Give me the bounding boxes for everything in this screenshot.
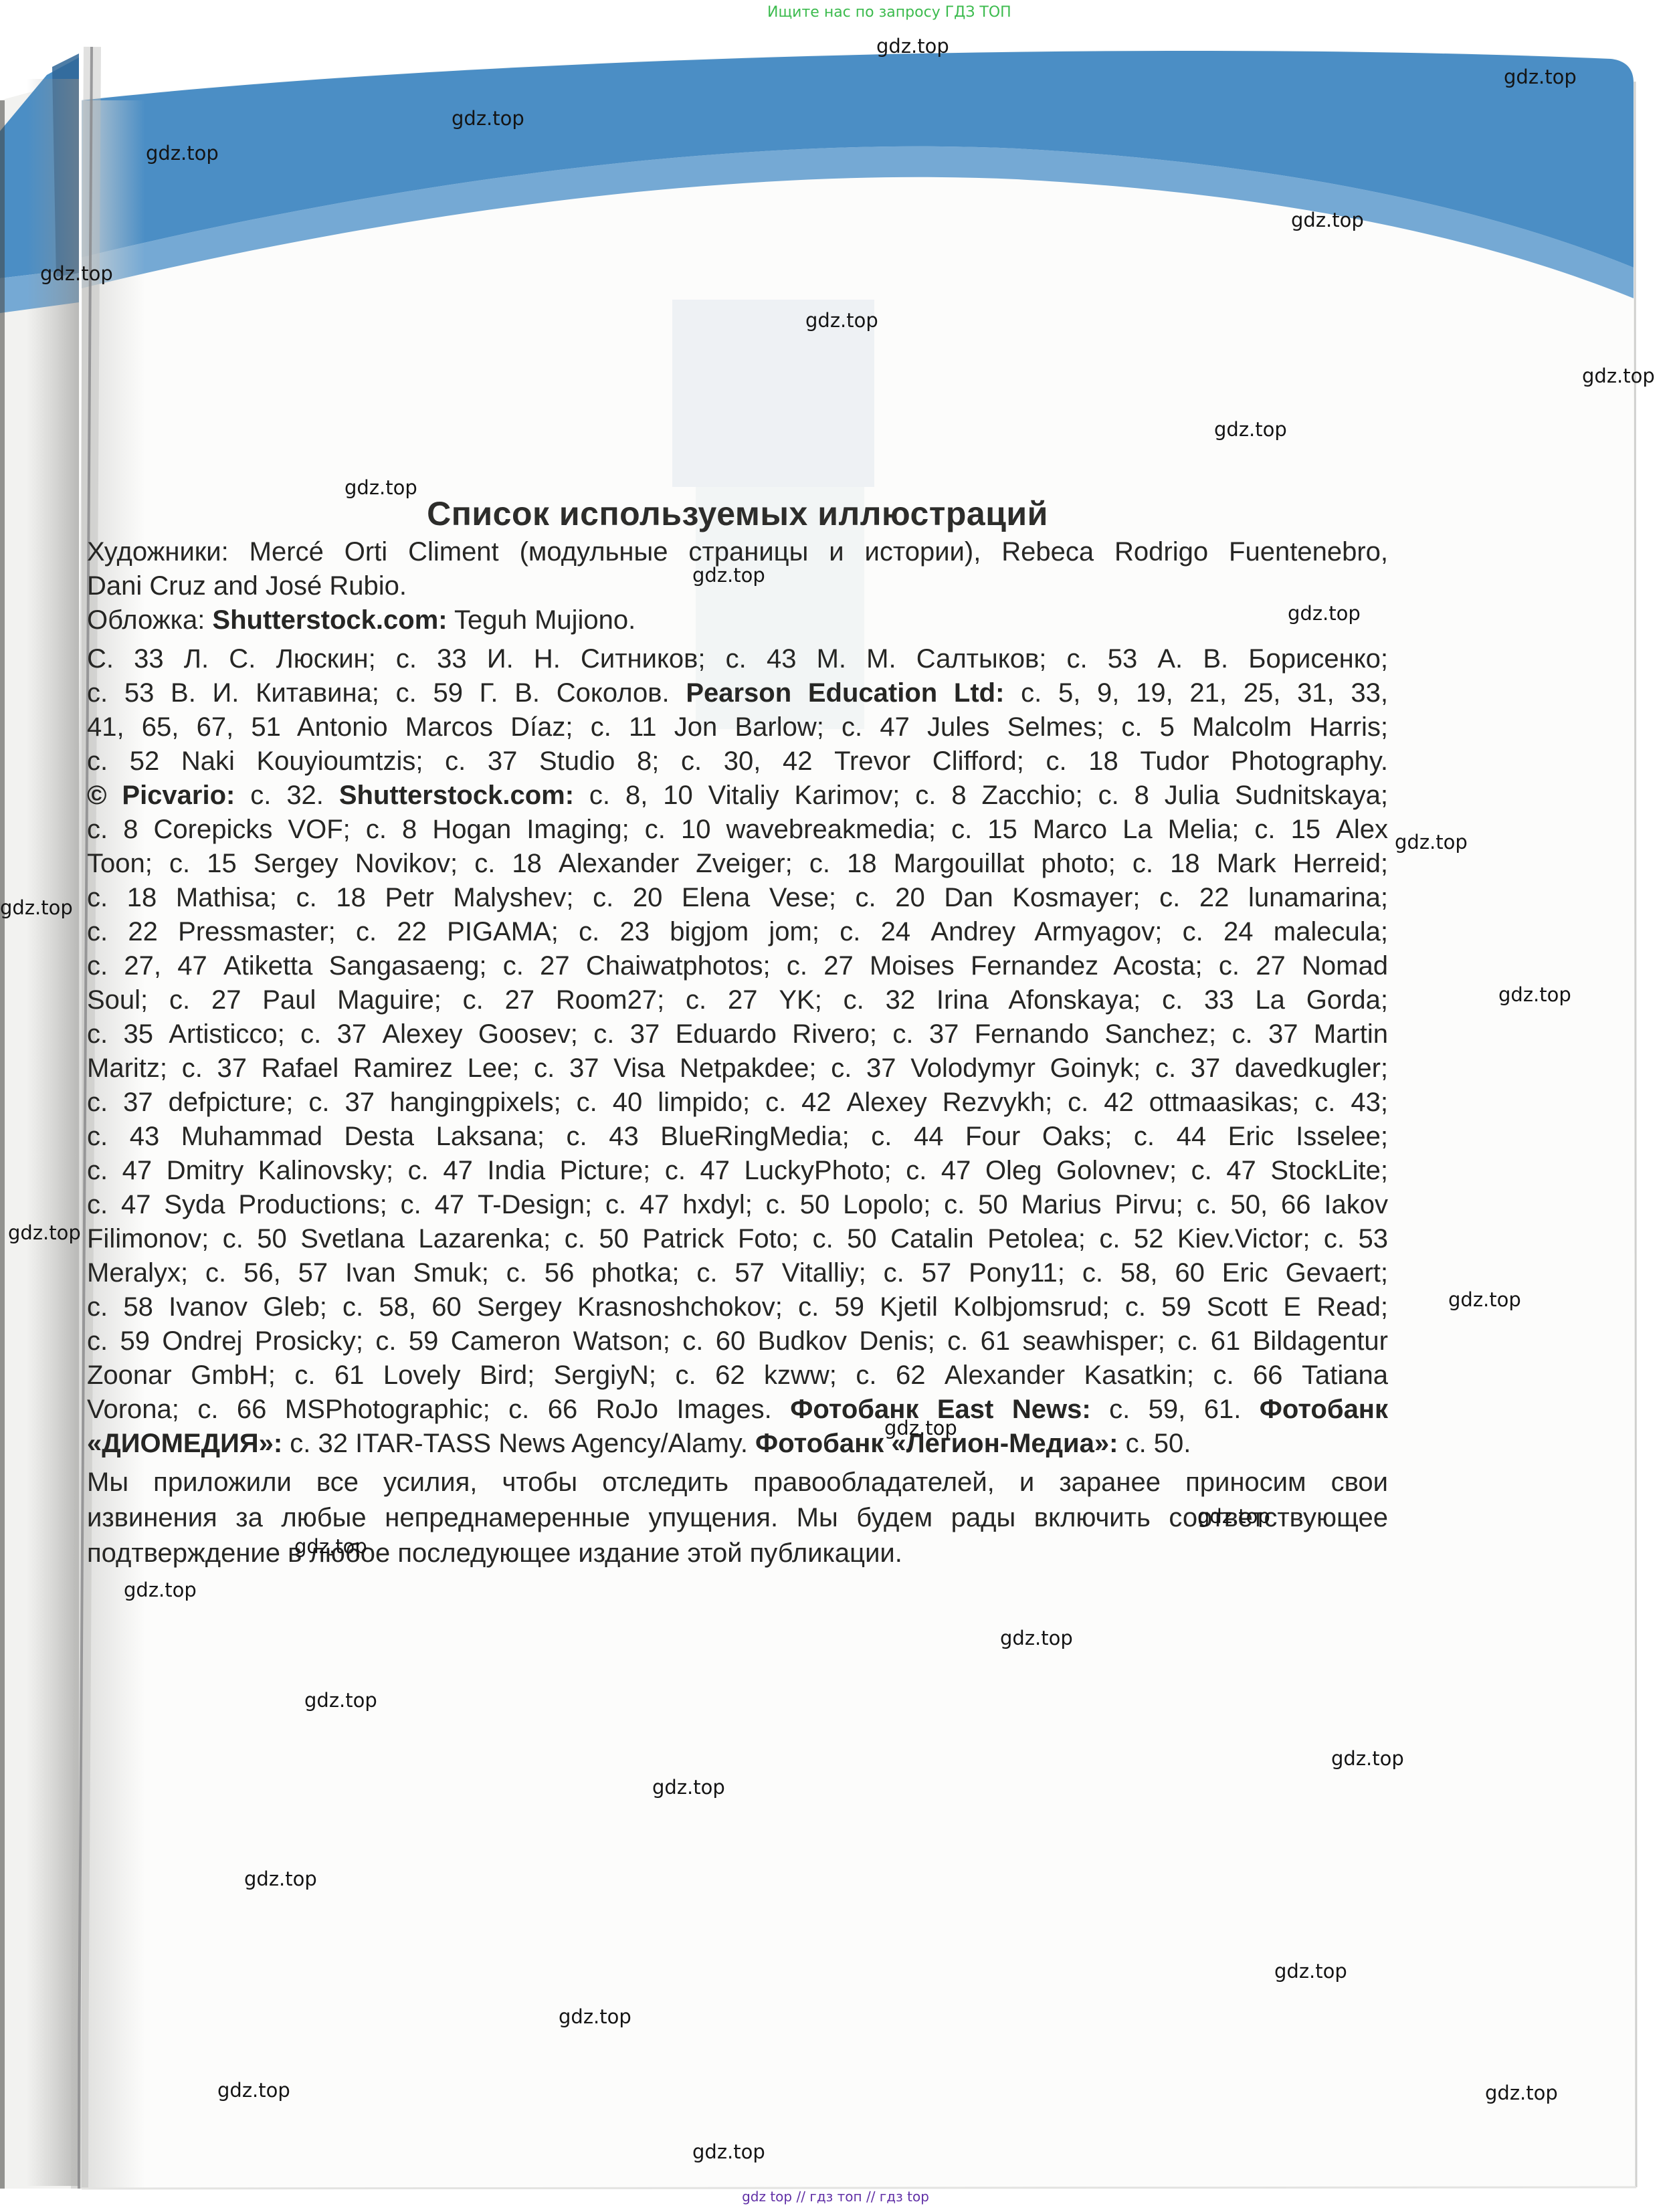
watermark: gdz.top <box>805 309 878 332</box>
text-line: подтверждение в любое последующее издани… <box>87 1536 1388 1571</box>
text-line: с. 47 Syda Productions; с. 47 T-Design; … <box>87 1188 1388 1222</box>
text-line: Обложка: Shutterstock.com: Teguh Mujiono… <box>87 603 1388 637</box>
watermark: gdz.top <box>294 1535 367 1558</box>
right-page-edge <box>1635 82 1636 2187</box>
watermark: gdz.top <box>1395 831 1468 853</box>
watermark: gdz.top <box>692 2140 765 2163</box>
text-line: © Picvario: с. 32. Shutterstock.com: с. … <box>87 779 1388 813</box>
text-line: Zoonar GmbH; с. 61 Lovely Bird; SergiyN;… <box>87 1359 1388 1393</box>
watermark: gdz.top <box>0 896 73 919</box>
text-line: с. 8 Corepicks VOF; с. 8 Hogan Imaging; … <box>87 813 1388 847</box>
watermark: gdz.top <box>146 142 219 165</box>
text-line: с. 47 Dmitry Kalinovsky; с. 47 India Pic… <box>87 1154 1388 1188</box>
watermark: gdz.top <box>8 1221 81 1244</box>
text-line: Vorona; с. 66 MSPhotographic; с. 66 RoJo… <box>87 1393 1388 1427</box>
watermark: gdz.top <box>1288 602 1361 625</box>
text-line: с. 37 defpicture; с. 37 hangingpixels; с… <box>87 1086 1388 1120</box>
watermark: gdz.top <box>452 107 524 130</box>
watermark: gdz.top <box>1448 1288 1521 1311</box>
text-line: с. 52 Naki Kouyioumtzis; с. 37 Studio 8;… <box>87 744 1388 779</box>
scanned-book-page: Ищите нас по запросу ГДЗ ТОП Список испо… <box>0 0 1671 2212</box>
text-line: 41, 65, 67, 51 Antonio Marcos Díaz; с. 1… <box>87 710 1388 744</box>
watermark: gdz.top <box>1331 1747 1404 1770</box>
text-line: с. 58 Ivanov Gleb; с. 58, 60 Sergey Kras… <box>87 1290 1388 1324</box>
watermark: gdz.top <box>1214 418 1287 441</box>
watermark: gdz.top <box>1274 1960 1347 1983</box>
text-line: с. 53 В. И. Китавина; с. 59 Г. В. Соколо… <box>87 676 1388 710</box>
footer-search-note: gdz top // гдз топ // гдз top <box>0 2189 1671 2205</box>
text-line: извинения за любые непреднамеренные упущ… <box>87 1500 1388 1536</box>
text-line: Filimonov; с. 50 Svetlana Lazarenka; с. … <box>87 1222 1388 1256</box>
watermark: gdz.top <box>1197 1505 1270 1528</box>
watermark: gdz.top <box>217 2079 290 2102</box>
watermark: gdz.top <box>876 35 949 58</box>
disclaimer-paragraph: Мы приложили все усилия, чтобы отследить… <box>87 1465 1388 1571</box>
left-scan-edge <box>0 100 5 2189</box>
text-line: с. 22 Pressmaster; с. 22 PIGAMA; с. 23 b… <box>87 915 1388 949</box>
credits-paragraph: С. 33 Л. С. Люскин; с. 33 И. Н. Ситников… <box>87 642 1388 1461</box>
text-line: Maritz; с. 37 Rafael Ramirez Lee; с. 37 … <box>87 1051 1388 1086</box>
text-line: «ДИОМЕДИЯ»: с. 32 ITAR-TASS News Agency/… <box>87 1427 1388 1461</box>
site-promo-note: Ищите нас по запросу ГДЗ ТОП <box>767 4 1011 21</box>
text-line: с. 35 Artisticco; с. 37 Alexey Goosev; с… <box>87 1017 1388 1051</box>
watermark: gdz.top <box>1504 66 1577 88</box>
text-line: с. 59 Ondrej Prosicky; с. 59 Cameron Wat… <box>87 1324 1388 1359</box>
watermark: gdz.top <box>692 564 765 587</box>
watermark: gdz.top <box>40 262 113 285</box>
watermark: gdz.top <box>124 1579 197 1601</box>
watermark: gdz.top <box>345 476 417 499</box>
watermark: gdz.top <box>244 1868 317 1890</box>
text-line: С. 33 Л. С. Люскин; с. 33 И. Н. Ситников… <box>87 642 1388 676</box>
text-line: Toon; с. 15 Sergey Novikov; с. 18 Alexan… <box>87 847 1388 881</box>
watermark: gdz.top <box>652 1776 725 1799</box>
watermark: gdz.top <box>559 2005 631 2028</box>
watermark: gdz.top <box>1485 2082 1558 2104</box>
watermark: gdz.top <box>1498 983 1571 1006</box>
watermark: gdz.top <box>1000 1627 1073 1649</box>
text-line: Мы приложили все усилия, чтобы отследить… <box>87 1465 1388 1500</box>
page-title: Список используемых иллюстраций <box>87 494 1388 534</box>
text-line: с. 18 Mathisa; с. 18 Petr Malyshev; с. 2… <box>87 881 1388 915</box>
left-strip-fold-shade <box>27 79 79 2186</box>
watermark: gdz.top <box>884 1417 957 1439</box>
watermark: gdz.top <box>1582 365 1655 387</box>
watermark: gdz.top <box>304 1689 377 1712</box>
text-line: Soul; с. 27 Paul Maguire; с. 27 Room27; … <box>87 983 1388 1017</box>
text-line: с. 27, 47 Atiketta Sangasaeng; с. 27 Cha… <box>87 949 1388 983</box>
text-line: с. 43 Muhammad Desta Laksana; с. 43 Blue… <box>87 1120 1388 1154</box>
watermark: gdz.top <box>1291 209 1364 231</box>
text-line: Meralyx; с. 56, 57 Ivan Smuk; с. 56 phot… <box>87 1256 1388 1290</box>
